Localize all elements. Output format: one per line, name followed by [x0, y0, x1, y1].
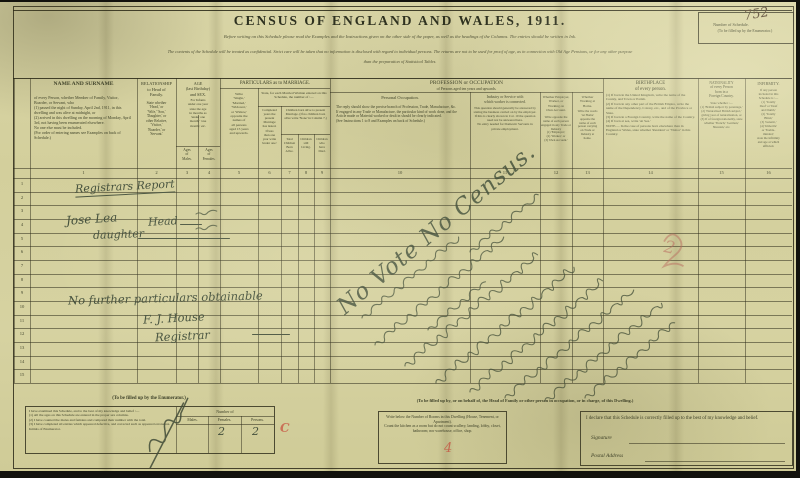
- census-form-scan: Number of Schedule. (To be filled up by …: [0, 0, 800, 478]
- col-occupation-title: Personal Occupation.: [332, 95, 468, 100]
- grid-line: [603, 78, 604, 383]
- row-number: 3: [14, 208, 30, 213]
- column-number: 12: [540, 170, 572, 175]
- row-number: 9: [14, 290, 30, 295]
- row-number: 13: [14, 345, 30, 350]
- group-profession-subtitle: of Persons aged ten years and upwards.: [330, 87, 603, 91]
- row-number: 12: [14, 331, 30, 336]
- grid-line: [14, 356, 792, 357]
- column-number: 2: [137, 170, 176, 175]
- col-years-married: Completed years the present Marriage has…: [259, 108, 280, 145]
- grid-line: [14, 219, 792, 220]
- column-number: 9: [314, 170, 330, 175]
- grid-line: [540, 92, 541, 383]
- declaration-text: I declare that this Schedule is correctl…: [586, 416, 787, 421]
- grid-line: [14, 78, 15, 383]
- handwritten-dash: [180, 224, 202, 225]
- grid-line: [572, 92, 573, 383]
- column-number: 16: [745, 170, 792, 175]
- col-children-total: Total Children Born Alive.: [282, 137, 297, 153]
- grid-line: [698, 78, 699, 383]
- col-industry-title: Industry or Service with which worker is…: [471, 95, 539, 104]
- column-number: 4: [198, 170, 220, 175]
- column-number: 5: [220, 170, 258, 175]
- row-number: 2: [14, 195, 30, 200]
- intro-line-2: The contents of the Schedule will be tre…: [28, 49, 772, 54]
- row-number: 1: [14, 181, 30, 186]
- group-profession-title: PROFESSION or OCCUPATION: [330, 80, 603, 86]
- col-marriage-condition: Write 'Single,' 'Married,' 'Widower,' or…: [222, 92, 256, 136]
- grid-line: [198, 115, 199, 383]
- intro-line-1: Before writing on this Schedule please r…: [70, 34, 730, 39]
- col-age-title: AGE (last Birthday) and SEX.: [177, 81, 219, 97]
- grid-line: [13, 78, 792, 79]
- col-relationship-title: RELATIONSHIP to Head of Family.: [138, 81, 175, 98]
- row-number: 4: [14, 222, 30, 227]
- signature-line: [629, 443, 785, 444]
- declaration-box: I declare that this Schedule is correctl…: [580, 411, 793, 466]
- grid-line: [13, 168, 792, 169]
- rooms-instructions: Write below the Number of Rooms in this …: [383, 415, 502, 434]
- grid-line: [14, 342, 792, 343]
- postal-address-line: [645, 461, 785, 462]
- row-number: 5: [14, 236, 30, 241]
- group-marriage-title: PARTICULARS as to MARRIAGE.: [220, 81, 330, 86]
- row-number: 14: [14, 359, 30, 364]
- postal-address-label: Postal Address: [591, 453, 623, 459]
- col-nationality-title: NATIONALITY of every Person born in a Fo…: [699, 81, 744, 99]
- col-birthplace-text: (1) If born in the United Kingdom, write…: [606, 93, 695, 137]
- row-number: 15: [14, 372, 30, 377]
- females-count-label: Females.: [209, 418, 240, 422]
- column-number: 8: [298, 170, 314, 175]
- column-number: 1: [30, 170, 137, 175]
- enumerator-certificate-text: I have examined this Schedule, and to th…: [29, 409, 173, 431]
- col-name-instructions: of every Person, whether Member of Famil…: [34, 95, 133, 140]
- grid-line: [220, 78, 221, 383]
- col-birthplace-title: BIRTHPLACE of every person.: [604, 81, 697, 93]
- grid-line: [330, 78, 331, 383]
- grid-line: [258, 106, 330, 107]
- grid-line: [745, 78, 746, 383]
- counts-heading: Number of: [176, 409, 274, 414]
- row-number: 6: [14, 249, 30, 254]
- col-athome-title: Whether Working at Home.: [573, 95, 602, 108]
- signature-label: Signature: [591, 435, 612, 441]
- column-number: 15: [698, 170, 745, 175]
- enumerator-box: I have examined this Schedule, and to th…: [25, 406, 275, 454]
- column-number: 7: [281, 170, 298, 175]
- grid-line: [470, 92, 471, 383]
- grid-line: [30, 78, 31, 383]
- col-employer-text: Write opposite the name of each person e…: [541, 116, 571, 143]
- column-number: 14: [603, 170, 698, 175]
- children-born-label: Children born alive to present Marriage.…: [283, 108, 328, 120]
- column-number: 6: [258, 170, 281, 175]
- col-infirmity-text: If any person included in this Schedule …: [747, 88, 790, 148]
- row-number: 7: [14, 263, 30, 268]
- intro-line-3: than the preparation of Statistical Tabl…: [300, 59, 500, 64]
- col-relationship-instructions: State whether 'Head,' or 'Wife,' 'Son,' …: [139, 101, 174, 137]
- head-of-family-heading: (To be filled up by, or on behalf of, th…: [340, 398, 710, 403]
- grid-line: [14, 383, 792, 384]
- double-rule: [13, 10, 792, 11]
- col-employer-title: Whether Employer, Worker, or Working on …: [541, 95, 571, 112]
- col-athome-text: Write the words 'At Home' opposite the n…: [573, 110, 602, 141]
- row-number: 11: [14, 318, 30, 323]
- enumerator-heading: (To be filled up by the Enumerator.): [25, 396, 273, 401]
- grid-line: [281, 106, 282, 383]
- females-count-value: 2: [218, 425, 225, 438]
- persons-count-label: Persons.: [242, 418, 273, 422]
- handwritten-name-2: daughter: [93, 227, 144, 242]
- males-count-label: Males.: [177, 418, 208, 422]
- grid-line: [281, 134, 330, 135]
- col-children-died: Children who have Died.: [315, 137, 329, 153]
- rooms-box: Write below the Number of Rooms in this …: [378, 411, 507, 464]
- grid-line: [14, 315, 792, 316]
- handwritten-relationship-1: Head: [148, 214, 178, 229]
- grid-line: [330, 92, 603, 93]
- handwritten-official-title: Registrar: [155, 328, 211, 345]
- column-number: 13: [572, 170, 603, 175]
- col-nationality-text: State whether :— (1) 'British subject by…: [700, 101, 743, 129]
- col-infirmity-title: INFIRMITY.: [746, 81, 791, 86]
- marriage-note: State, for each Married Woman entered on…: [260, 91, 328, 100]
- col-age-males-label: Ages of Males.: [177, 148, 197, 161]
- col-children-living: Children still Living.: [299, 137, 313, 149]
- persons-count-value: 2: [252, 425, 259, 438]
- row-number: 8: [14, 277, 30, 282]
- grid-line: [14, 328, 792, 329]
- handwritten-dash: [138, 238, 230, 239]
- column-number: 10: [330, 170, 470, 175]
- red-check-mark: C: [280, 421, 290, 435]
- form-title: CENSUS OF ENGLAND AND WALES, 1911.: [200, 13, 600, 29]
- row-number: 10: [14, 304, 30, 309]
- handwritten-dash: [252, 334, 290, 335]
- col-industry-text: This question should generally be answer…: [473, 106, 537, 131]
- grid-line: [14, 369, 792, 370]
- col-age-females-label: Ages of Females.: [199, 148, 219, 161]
- rooms-value-handwritten: 4: [444, 441, 452, 456]
- grid-line: [14, 205, 792, 206]
- col-name-title: NAME AND SURNAME: [54, 81, 114, 87]
- grid-line: [14, 287, 792, 288]
- col-occupation-text: The reply should show the precise branch…: [336, 105, 464, 124]
- grid-line: [258, 88, 259, 383]
- column-number: 3: [176, 170, 198, 175]
- grid-line: [220, 88, 330, 89]
